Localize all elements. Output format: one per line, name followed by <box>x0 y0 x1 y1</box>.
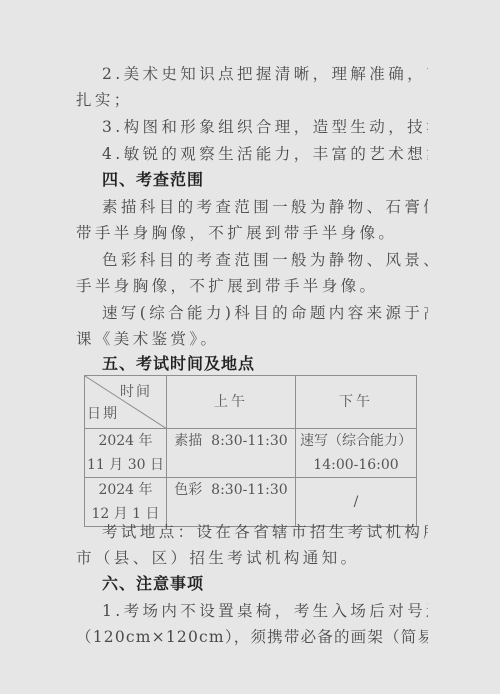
scope-color-line2: 手半身胸像，不扩展到带手半身像。 <box>76 273 428 299</box>
notes-item1-line1: 1.考场内不设置桌椅，考生入场后对号进入考试区域 <box>102 598 428 624</box>
section-heading-notes: 六、注意事项 <box>102 571 428 597</box>
header-afternoon: 下午 <box>296 376 417 429</box>
date-cell: 2024 年 11 月 30 日 <box>85 429 167 478</box>
scope-sketch-line2: 带手半身胸像，不扩展到带手半身像。 <box>76 220 428 246</box>
header-date-label: 日期 <box>87 402 119 426</box>
scope-quicksketch-line2: 课《美术鉴赏》。 <box>76 326 428 352</box>
morning-cell: 素描 8:30-11:30 <box>167 429 296 478</box>
exam-location-line2: 市（县、区）招生考试机构通知。 <box>76 545 428 571</box>
afternoon-cell: 速写（综合能力） 14:00-16:00 <box>296 429 417 478</box>
scope-quicksketch-line1: 速写(综合能力)科目的命题内容来源于高中美术必修 <box>102 300 428 326</box>
section-heading-scope: 四、考查范围 <box>102 167 428 193</box>
section-heading-schedule: 五、考试时间及地点 <box>102 351 428 377</box>
notes-item1-line2: （120cm×120cm），须携带必备的画架（简易折叠式）、画板 <box>76 624 428 650</box>
criteria-item-4: 4.敏锐的观察生活能力，丰富的艺术想象力。 <box>102 141 428 167</box>
criteria-item-2: 2.美术史知识点把握清晰，理解准确，艺术和人文素养 <box>102 61 428 87</box>
criteria-item-3: 3.构图和形象组织合理，造型生动，技法表现得当； <box>102 114 428 140</box>
table-row: 2024 年 11 月 30 日 素描 8:30-11:30 速写（综合能力） … <box>85 429 417 478</box>
table-corner-header: 时间 日期 <box>85 376 167 429</box>
scope-color-line1: 色彩科目的考查范围一般为静物、风景、人物头像、带 <box>102 247 428 273</box>
scope-sketch-line1: 素描科目的考查范围一般为静物、石膏像、人物头像、 <box>102 194 428 220</box>
criteria-item-2-cont: 扎实； <box>76 87 428 113</box>
header-time-label: 时间 <box>120 380 152 404</box>
exam-schedule-table: 时间 日期 上午 下午 2024 年 11 月 30 日 素描 8:30-11:… <box>84 375 417 527</box>
header-morning: 上午 <box>167 376 296 429</box>
exam-location-line1: 考试地点：设在各省辖市招生考试机构所在地，具体由 <box>102 519 428 545</box>
